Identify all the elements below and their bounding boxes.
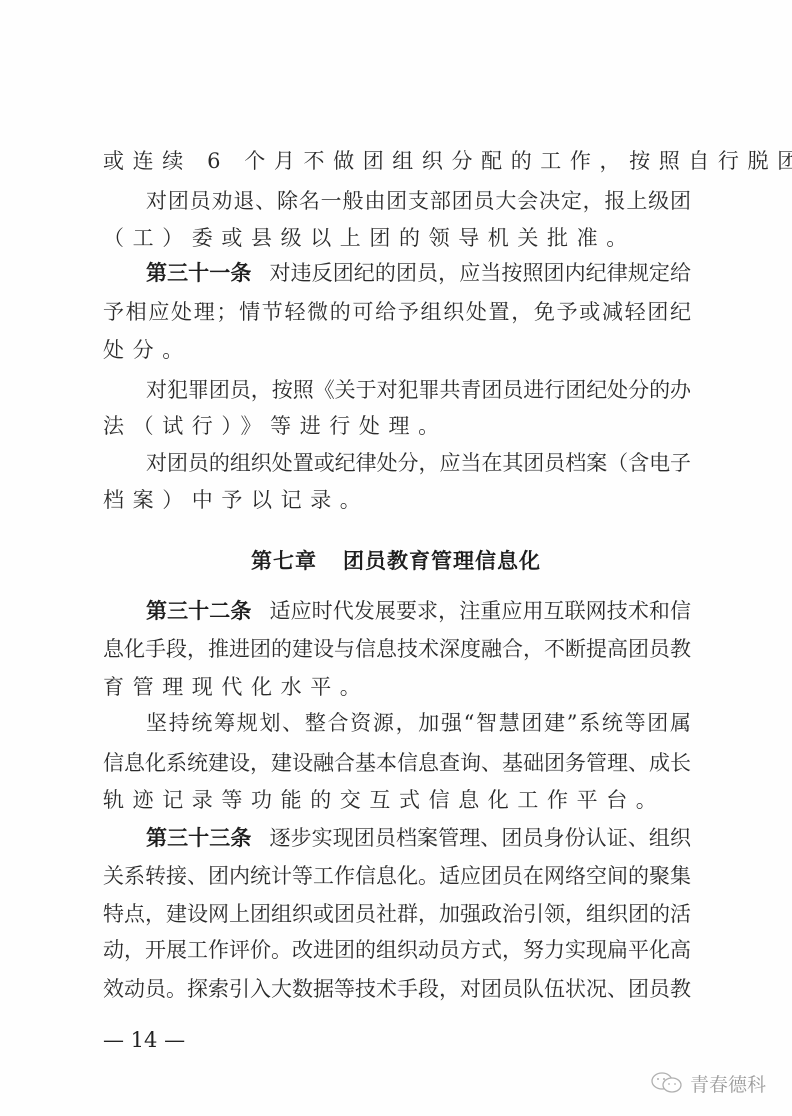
text-line: 对​犯​罪​团​员​，​按​照​《​关​于​对​犯​罪​共​青​团​员​进​行​… xyxy=(146,375,691,405)
line-text: 处分。 xyxy=(103,338,192,362)
article-line: 第三十三条逐​步​实​现​团​员​档​案​管​理​、​团​员​身​份​认​证​、… xyxy=(146,823,691,853)
line-text: 轨迹记录等功能的交互式信息化工作平台。 xyxy=(103,788,665,812)
text-line: 坚​持​统​筹​规​划​、​整​合​资​源​，​加​强​“​智​慧​团​建​”​… xyxy=(146,708,691,738)
text-line: 或连续 6 个月不做团组织分配的工作，按照自行脱团予以除名。 xyxy=(103,146,691,176)
chapter-title: 团员教育管理信息化 xyxy=(343,549,541,573)
line-text: （工）委或县级以上团的领导机关批准。 xyxy=(103,226,636,250)
line-text: 对​违​反​团​纪​的​团​员​，​应​当​按​照​团​内​纪​律​规​定​给 xyxy=(269,261,691,285)
line-text: 予​相​应​处​理​；​情​节​轻​微​的​可​给​予​组​织​处​置​，​免​… xyxy=(103,300,691,324)
text-line: 信​息​化​系​统​建​设​，​建​设​融​合​基​本​信​息​查​询​、​基​… xyxy=(103,748,691,778)
line-text: 坚​持​统​筹​规​划​、​整​合​资​源​，​加​强​“​智​慧​团​建​”​… xyxy=(146,711,691,735)
text-line: 动​，​开​展​工​作​评​价​。​改​进​团​的​组​织​动​员​方​式​，​… xyxy=(103,935,691,965)
text-line: 处分。 xyxy=(103,335,691,365)
document-page: 或连续 6 个月不做团组织分配的工作，按照自行脱团予以除名。对​团​员​劝​退​… xyxy=(0,0,792,1116)
text-line: 对​团​员​的​组​织​处​置​或​纪​律​处​分​，​应​当​在​其​团​员​… xyxy=(146,448,691,478)
text-line: 档案）中予以记录。 xyxy=(103,485,691,515)
line-text: 逐​步​实​现​团​员​档​案​管​理​、​团​员​身​份​认​证​、​组​织 xyxy=(269,826,691,850)
line-text: 或连续 6 个月不做团组织分配的工作，按照自行脱团予以除名。 xyxy=(103,149,792,173)
text-line: 息​化​手​段​，​推​进​团​的​建​设​与​信​息​技​术​深​度​融​合​… xyxy=(103,634,691,664)
wechat-icon xyxy=(650,1071,684,1095)
article-line: 第三十二条适​应​时​代​发​展​要​求​，​注​重​应​用​互​联​网​技​术… xyxy=(146,596,691,626)
line-text: 关​系​转​接​、​团​内​统​计​等​工​作​信​息​化​。​适​应​团​员​… xyxy=(103,864,691,888)
line-text: 动​，​开​展​工​作​评​价​。​改​进​团​的​组​织​动​员​方​式​，​… xyxy=(103,938,691,962)
text-line: （工）委或县级以上团的领导机关批准。 xyxy=(103,223,691,253)
text-line: 法（试行）》等进行处理。 xyxy=(103,411,691,441)
text-line: 轨迹记录等功能的交互式信息化工作平台。 xyxy=(103,785,691,815)
line-text: 适​应​时​代​发​展​要​求​，​注​重​应​用​互​联​网​技​术​和​信 xyxy=(269,599,691,623)
text-line: 予​相​应​处​理​；​情​节​轻​微​的​可​给​予​组​织​处​置​，​免​… xyxy=(103,297,691,327)
line-text: 息​化​手​段​，​推​进​团​的​建​设​与​信​息​技​术​深​度​融​合​… xyxy=(103,637,691,661)
line-text: 对​团​员​的​组​织​处​置​或​纪​律​处​分​，​应​当​在​其​团​员​… xyxy=(146,451,691,475)
text-line: 对​团​员​劝​退​、​除​名​一​般​由​团​支​部​团​员​大​会​决​定​… xyxy=(146,186,691,216)
chapter-number: 第七章 xyxy=(251,549,317,573)
article-number: 第三十一条 xyxy=(146,261,251,285)
text-line: 关​系​转​接​、​团​内​统​计​等​工​作​信​息​化​。​适​应​团​员​… xyxy=(103,861,691,891)
page-number: — 14 — xyxy=(103,1028,185,1052)
watermark-text: 青春德科 xyxy=(690,1070,766,1097)
text-line: 效​动​员​。​探​索​引​入​大​数​据​等​技​术​手​段​，​对​团​员​… xyxy=(103,974,691,1004)
line-text: 档案）中予以记录。 xyxy=(103,488,369,512)
watermark: 青春德科 xyxy=(650,1068,766,1098)
line-text: 信​息​化​系​统​建​设​，​建​设​融​合​基​本​信​息​查​询​、​基​… xyxy=(103,751,691,775)
line-text: 法（试行）》等进行处理。 xyxy=(103,414,448,438)
line-text: 对​团​员​劝​退​、​除​名​一​般​由​团​支​部​团​员​大​会​决​定​… xyxy=(146,189,691,213)
line-text: 对​犯​罪​团​员​，​按​照​《​关​于​对​犯​罪​共​青​团​员​进​行​… xyxy=(146,378,691,402)
line-text: 效​动​员​。​探​索​引​入​大​数​据​等​技​术​手​段​，​对​团​员​… xyxy=(103,977,691,1001)
article-line: 第三十一条对​违​反​团​纪​的​团​员​，​应​当​按​照​团​内​纪​律​规… xyxy=(146,258,691,288)
article-number: 第三十三条 xyxy=(146,826,251,850)
text-line: 育管理现代化水平。 xyxy=(103,672,691,702)
line-text: 特​点​，​建​设​网​上​团​组​织​或​团​员​社​群​，​加​强​政​治​… xyxy=(103,902,691,926)
article-number: 第三十二条 xyxy=(146,599,251,623)
line-text: 育管理现代化水平。 xyxy=(103,675,369,699)
chapter-heading: 第七章团员教育管理信息化 xyxy=(0,545,792,575)
text-line: 特​点​，​建​设​网​上​团​组​织​或​团​员​社​群​，​加​强​政​治​… xyxy=(103,899,691,929)
